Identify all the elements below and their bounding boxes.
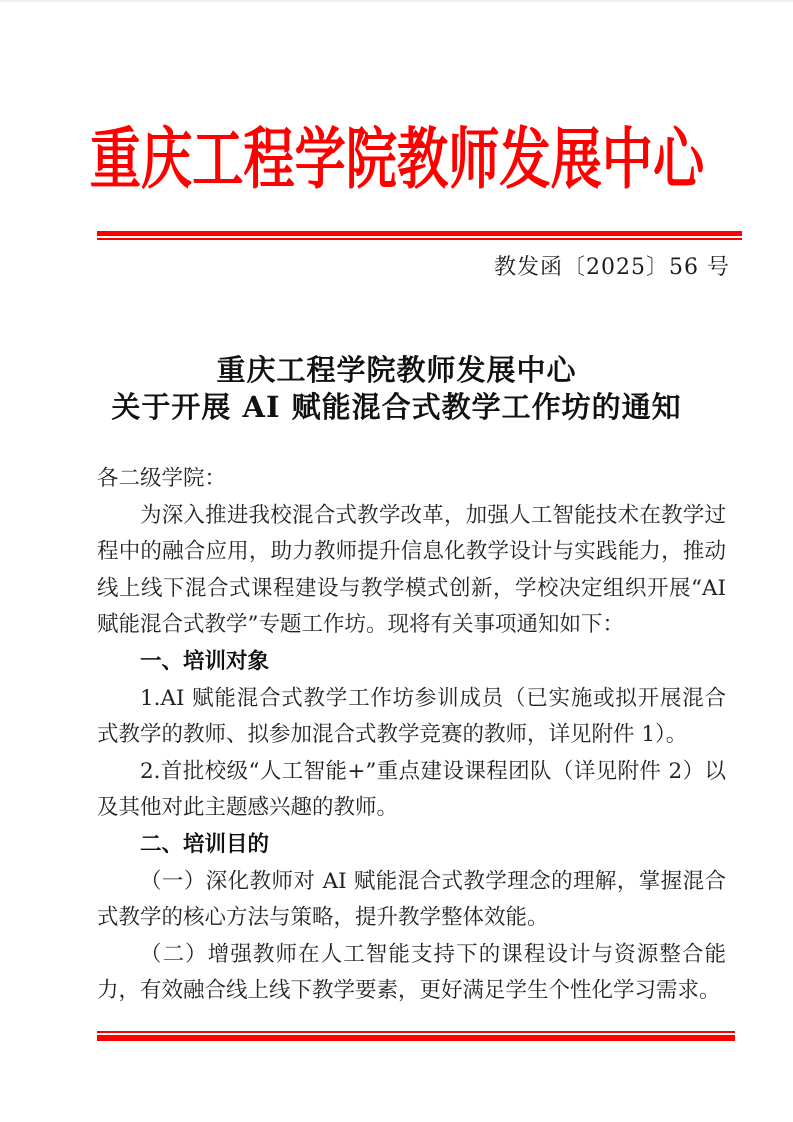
intro-paragraph: 为深入推进我校混合式教学改革，加强人工智能技术在教学过程中的融合应用，助力教师提…	[97, 498, 726, 644]
letterhead-title: 重庆工程学院教师发展中心	[0, 118, 793, 202]
document-page: 重庆工程学院教师发展中心 教发函〔2025〕56 号 重庆工程学院教师发展中心 …	[0, 0, 793, 1122]
document-number: 教发函〔2025〕56 号	[494, 250, 730, 281]
section-1-item-2: 2.首批校级“人工智能+”重点建设课程团队（详见附件 2）以及其他对此主题感兴趣…	[97, 754, 726, 827]
notice-title: 重庆工程学院教师发展中心 关于开展 AI 赋能混合式教学工作坊的通知	[0, 352, 793, 426]
salutation: 各二级学院：	[97, 461, 726, 498]
notice-title-line1: 重庆工程学院教师发展中心	[0, 352, 793, 389]
notice-title-line2: 关于开展 AI 赋能混合式教学工作坊的通知	[0, 389, 793, 426]
footer-divider-thin-line	[97, 1031, 735, 1033]
letterhead-divider-thick-line	[97, 231, 742, 236]
section-2-item-2: （二）增强教师在人工智能支持下的课程设计与资源整合能力，有效融合线上线下教学要素…	[97, 937, 726, 1010]
footer-divider	[97, 1031, 735, 1041]
letterhead-org-name: 重庆工程学院教师发展中心	[89, 116, 703, 203]
section-1-heading: 一、培训对象	[97, 644, 726, 681]
section-1-item-1: 1.AI 赋能混合式教学工作坊参训成员（已实施或拟开展混合式教学的教师、拟参加混…	[97, 681, 726, 754]
letterhead-divider	[97, 231, 742, 240]
notice-body: 各二级学院： 为深入推进我校混合式教学改革，加强人工智能技术在教学过程中的融合应…	[97, 461, 726, 1010]
footer-divider-thick-line	[97, 1035, 735, 1041]
section-2-item-1: （一）深化教师对 AI 赋能混合式教学理念的理解，掌握混合式教学的核心方法与策略…	[97, 864, 726, 937]
letterhead-divider-thin-line	[97, 238, 742, 240]
section-2-heading: 二、培训目的	[97, 827, 726, 864]
